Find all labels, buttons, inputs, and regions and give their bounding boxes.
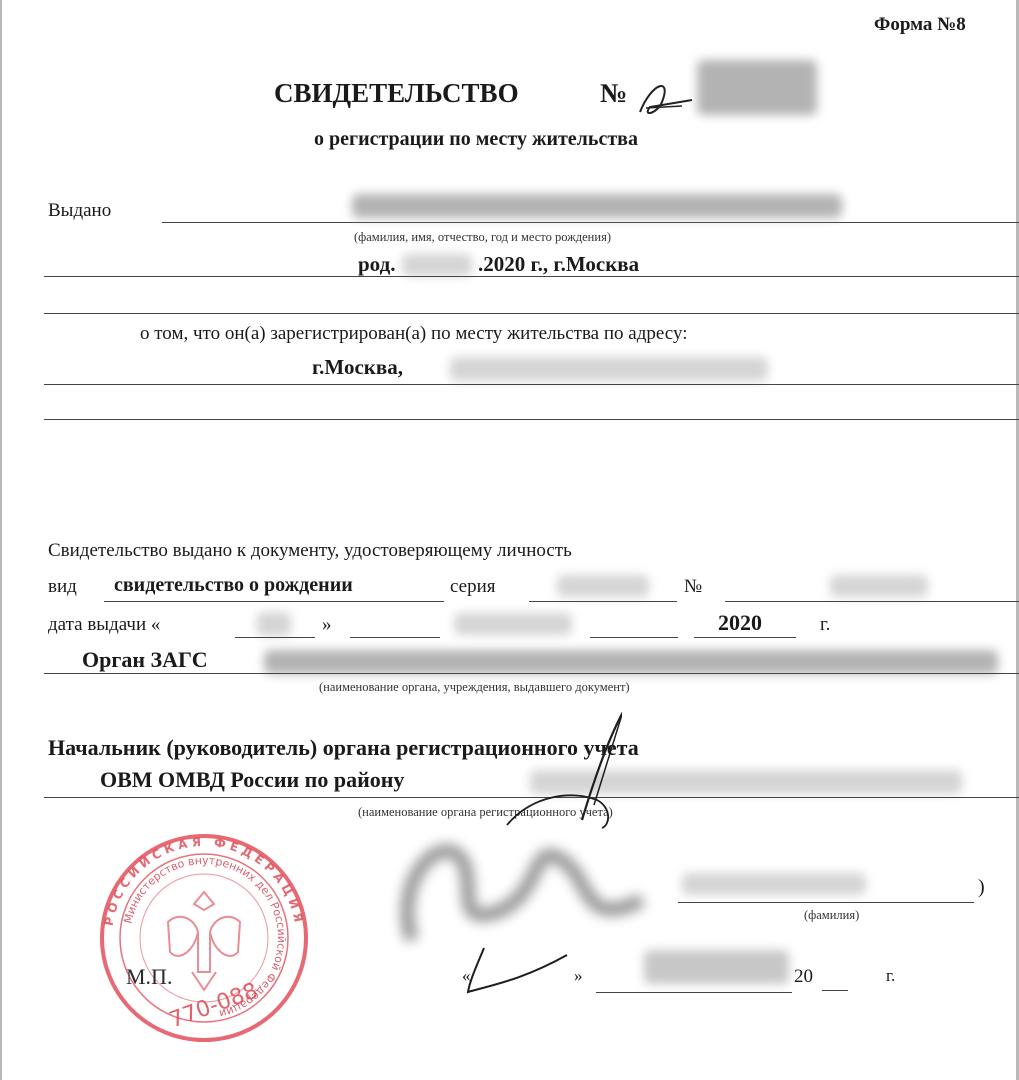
issue-day-redacted (257, 612, 291, 636)
doc-type-value: свидетельство о рождении (114, 574, 353, 597)
address-line (44, 384, 1019, 385)
certificate-number-redacted (697, 60, 817, 115)
blank-line-2 (44, 419, 1019, 420)
blank-line-1 (44, 313, 1019, 314)
address-street-redacted (450, 357, 768, 381)
sign-date-close-quote: » (574, 966, 583, 986)
issue-date-close-quote: » (322, 614, 332, 636)
full-name-redacted (352, 194, 842, 218)
form-label: Форма №8 (874, 14, 966, 36)
handwritten-number-icon (632, 72, 702, 122)
name-line (162, 222, 1019, 223)
issue-date-label: дата выдачи « (48, 614, 160, 636)
authority-line (44, 673, 1019, 674)
doc-number-redacted (830, 575, 928, 597)
sign-year-line (822, 990, 848, 991)
birth-prefix: род. (358, 252, 395, 277)
office-prefix: ОВМ ОМВД России по району (100, 767, 404, 793)
authority-caption: (наименование органа, учреждения, выдавш… (319, 680, 630, 695)
series-redacted (557, 575, 649, 597)
series-label: серия (450, 576, 496, 598)
sign-date-line (596, 992, 792, 993)
doc-type-line (104, 601, 444, 602)
signature-stroke-icon (502, 700, 622, 830)
issued-to-label: Выдано (48, 200, 111, 222)
certificate-subtitle: о регистрации по месту жительства (314, 128, 638, 151)
surname-caption: (фамилия) (804, 908, 859, 923)
address-statement: о том, что он(а) зарегистрирован(а) по м… (140, 323, 688, 345)
doc-number-line (725, 601, 1019, 602)
name-caption: (фамилия, имя, отчество, год и место рож… (354, 230, 611, 245)
issue-year-line (694, 637, 796, 638)
issue-month-redacted (454, 613, 572, 635)
surname-line (678, 902, 974, 903)
certificate-number-sign: № (600, 78, 627, 109)
issue-month-line-a (350, 637, 440, 638)
svg-text:770-088: 770-088 (166, 978, 261, 1033)
issue-month-line-b (590, 637, 678, 638)
certificate-title: СВИДЕТЕЛЬСТВО (274, 78, 519, 109)
issue-year-suffix: г. (820, 614, 830, 636)
issue-year-value: 2020 (718, 610, 762, 636)
date-check-mark-icon (462, 940, 592, 1000)
series-line (529, 601, 677, 602)
surname-redacted (682, 873, 866, 895)
official-stamp-icon: РОССИЙСКАЯ ФЕДЕРАЦИЯ Министерство внутре… (98, 832, 310, 1044)
seal-label: М.П. (126, 964, 172, 990)
birth-date-redacted (402, 254, 472, 276)
identity-doc-intro: Свидетельство выдано к документу, удосто… (48, 540, 572, 562)
sign-year-prefix: 20 (794, 966, 813, 988)
surname-close-paren: ) (978, 876, 985, 899)
authority-redacted (264, 650, 998, 674)
blurred-signature-icon (382, 820, 682, 950)
doc-number-label: № (684, 576, 702, 598)
address-city: г.Москва, (312, 355, 403, 380)
doc-type-label: вид (48, 576, 77, 598)
document-page: Форма №8 СВИДЕТЕЛЬСТВО № о регистрации п… (0, 0, 1019, 1080)
sign-year-suffix: г. (886, 966, 895, 986)
birth-line (44, 276, 1019, 277)
sign-date-redacted (644, 950, 789, 984)
authority-prefix: Орган ЗАГС (82, 647, 208, 673)
birth-suffix: .2020 г., г.Москва (478, 252, 639, 277)
issue-day-line (235, 637, 315, 638)
